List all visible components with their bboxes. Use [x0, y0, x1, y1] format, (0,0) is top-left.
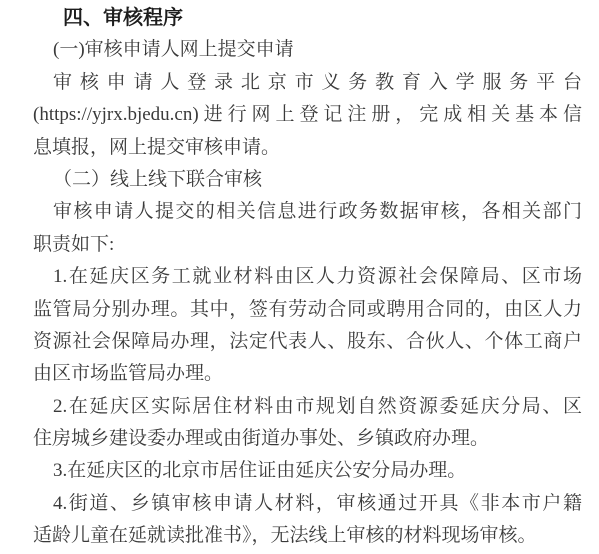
section-heading: 四、审核程序 [33, 2, 582, 34]
text-line: (一)审核申请人网上提交申请 [33, 34, 582, 66]
document-body: (一)审核申请人网上提交申请审核申请人登录北京市义务教育入学服务平台(https… [33, 34, 582, 552]
text-line: 住房城乡建设委办理或由街道办事处、乡镇政府办理。 [33, 423, 582, 455]
text-line: 1.在延庆区务工就业材料由区人力资源社会保障局、区市场 [33, 261, 582, 293]
text-line: (https://yjrx.bjedu.cn)进行网上登记注册，完成相关基本信 [33, 99, 582, 131]
text-line: 由区市场监管局办理。 [33, 358, 582, 390]
text-line: 监管局分别办理。其中，签有劳动合同或聘用合同的，由区人力 [33, 294, 582, 326]
text-line: （二）线上线下联合审核 [33, 164, 582, 196]
text-line: 审核申请人登录北京市义务教育入学服务平台 [33, 67, 582, 99]
text-line: 4.街道、乡镇审核申请人材料，审核通过开具《非本市户籍 [33, 488, 582, 520]
text-line: 职责如下: [33, 229, 582, 261]
text-line: 适龄儿童在延就读批准书》，无法线上审核的材料现场审核。 [33, 520, 582, 552]
text-line: 审核申请人提交的相关信息进行政务数据审核，各相关部门 [33, 196, 582, 228]
text-line: 息填报，网上提交审核申请。 [33, 132, 582, 164]
text-line: 资源社会保障局办理，法定代表人、股东、合伙人、个体工商户 [33, 326, 582, 358]
document-page: 四、审核程序 (一)审核申请人网上提交申请审核申请人登录北京市义务教育入学服务平… [0, 0, 599, 554]
text-line: 3.在延庆区的北京市居住证由延庆公安分局办理。 [33, 455, 582, 487]
text-line: 2.在延庆区实际居住材料由市规划自然资源委延庆分局、区 [33, 391, 582, 423]
